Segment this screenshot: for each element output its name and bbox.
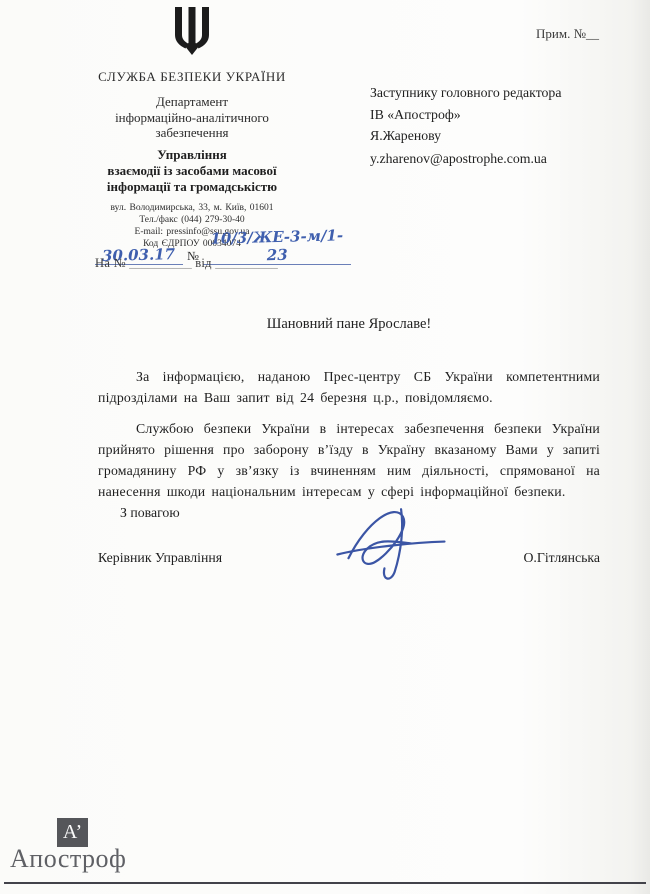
signer-title: Керівник Управління: [98, 550, 222, 566]
recipient-block: Заступнику головного редактора ІВ «Апост…: [370, 82, 620, 147]
handwritten-signature-icon: [330, 500, 450, 590]
unit-name: Управління взаємодії із засобами масової…: [78, 147, 306, 195]
reply-reference-line: На № __________ від __________: [95, 256, 278, 271]
reply-blank-2: __________: [215, 256, 278, 270]
apostrophe-logo-name: Апостроф: [10, 844, 126, 874]
signer-name: О.Гітлянська: [523, 550, 600, 566]
department-name: Департамент інформаційно-аналітичного за…: [78, 94, 306, 141]
scanned-letter-page: Прим. №__ СЛУЖБА БЕЗПЕКИ УКРАЇНИ Департа…: [0, 0, 650, 894]
reply-from-label: від: [195, 256, 212, 270]
scan-edge-line: [4, 882, 646, 884]
reply-blank: __________: [129, 256, 192, 270]
letter-body: За інформацією, наданою Прес-центру СБ У…: [98, 366, 600, 512]
ukraine-trident-emblem-icon: [172, 6, 212, 61]
copy-number-note: Прим. №__: [536, 26, 599, 42]
closing-phrase: З повагою: [120, 505, 180, 521]
reply-prefix: На №: [95, 256, 126, 270]
org-name: СЛУЖБА БЕЗПЕКИ УКРАЇНИ: [78, 69, 306, 85]
apostrophe-logo-icon: А’: [57, 818, 88, 847]
recipient-email: y.zharenov@apostrophe.com.ua: [370, 151, 547, 167]
letterhead: СЛУЖБА БЕЗПЕКИ УКРАЇНИ Департамент інфор…: [78, 6, 306, 250]
paragraph-1: За інформацією, наданою Прес-центру СБ У…: [98, 366, 600, 408]
salutation: Шановний пане Ярославе!: [98, 316, 600, 333]
paragraph-2: Службою безпеки України в інтересах забе…: [98, 418, 600, 502]
